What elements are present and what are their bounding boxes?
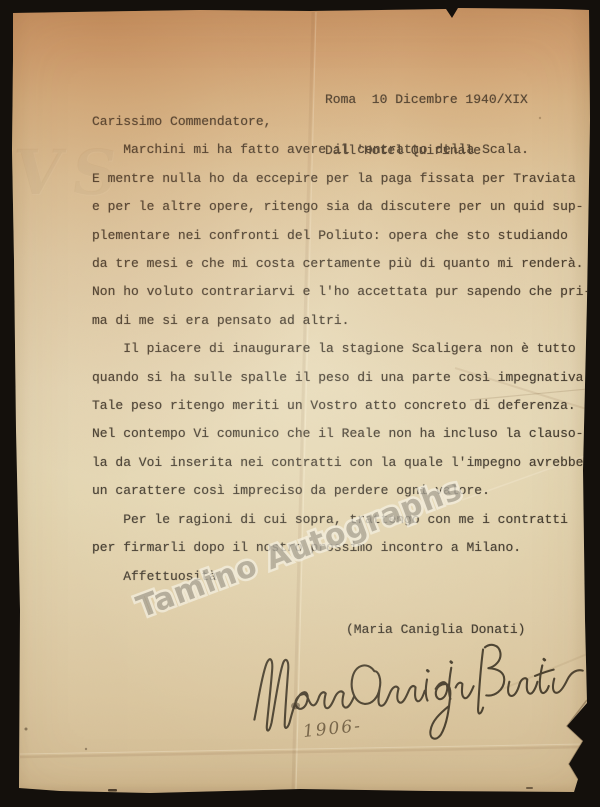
typed-line: Marchini mi ha fatto avere il contratto … bbox=[92, 136, 591, 164]
typed-line: Non ho voluto contrariarvi e l'ho accett… bbox=[92, 278, 591, 306]
photo-of-letter: VS Roma 10 Di bbox=[0, 0, 600, 807]
typed-line: Carissimo Commendatore, bbox=[92, 108, 591, 136]
typed-line: e per le altre opere, ritengo sia da dis… bbox=[92, 193, 591, 221]
typed-line: la da Voi inserita nei contratti con la … bbox=[92, 449, 591, 477]
letter-paper: VS Roma 10 Di bbox=[0, 0, 600, 807]
typed-line: un carattere così impreciso da perdere o… bbox=[92, 477, 591, 505]
typed-line: ma di me si era pensato ad altri. bbox=[92, 307, 591, 335]
signature bbox=[247, 628, 594, 759]
date-place-line: Roma 10 Dicembre 1940/XIX bbox=[325, 91, 528, 108]
typed-line: Il piacere di inaugurare la stagione Sca… bbox=[92, 335, 591, 363]
typed-line: Tale peso ritengo meriti un Vostro atto … bbox=[92, 392, 591, 420]
typed-line: E mentre nulla ho da eccepire per la pag… bbox=[92, 165, 591, 193]
typed-line: Nel contempo Vi comunico che il Reale no… bbox=[92, 420, 591, 448]
letter-body: Carissimo Commendatore, Marchini mi ha f… bbox=[92, 108, 591, 591]
typed-line: da tre mesi e che mi costa certamente pi… bbox=[92, 250, 591, 278]
typed-line: Affettuosità bbox=[92, 563, 591, 591]
typed-line: Per le ragioni di cui sopra, trattengo c… bbox=[92, 506, 591, 534]
typed-line: plementare nei confronti del Poliuto: op… bbox=[92, 222, 591, 250]
typed-line: quando si ha sulle spalle il peso di una… bbox=[92, 364, 591, 392]
typed-line: per firmarli dopo il nostro prossimo inc… bbox=[92, 534, 591, 562]
